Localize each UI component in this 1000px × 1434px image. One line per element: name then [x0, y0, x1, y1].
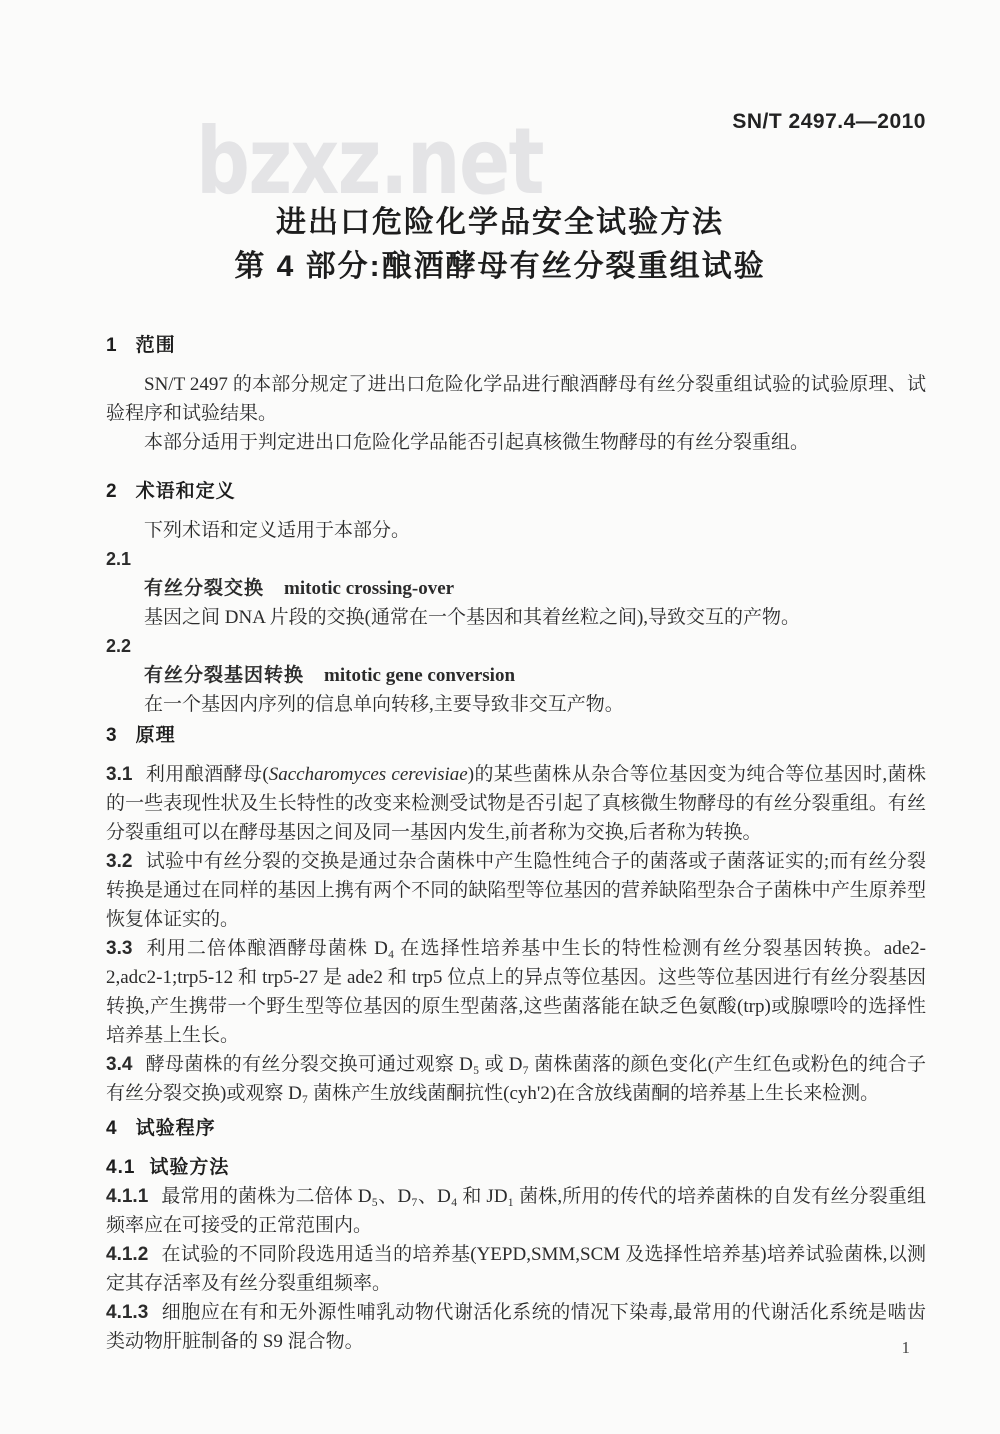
clause-4-1-1-text: 最常用的菌株为二倍体 D₅、D₇、D₄ 和 JD₁ 菌株,所用的传代的培养菌株的…	[106, 1186, 926, 1236]
clause-3-1: 3.1利用酿酒酵母(Saccharomyces cerevisiae)的某些菌株…	[106, 760, 926, 847]
clause-4-1-2-text: 在试验的不同阶段选用适当的培养基(YEPD,SMM,SCM 及选择性培养基)培养…	[106, 1244, 926, 1294]
section-1-number: 1	[106, 335, 118, 356]
document-title-line1: 进出口危险化学品安全试验方法	[0, 201, 1000, 245]
clause-4-1-1: 4.1.1最常用的菌株为二倍体 D₅、D₇、D₄ 和 JD₁ 菌株,所用的传代的…	[106, 1182, 926, 1240]
page-number: 1	[902, 1338, 911, 1358]
clause-4-1-3: 4.1.3细胞应在有和无外源性哺乳动物代谢活化系统的情况下染毒,最常用的代谢活化…	[106, 1298, 926, 1356]
section-1-title: 范围	[136, 335, 176, 356]
clause-3-1-number: 3.1	[106, 764, 132, 785]
section-3-number: 3	[106, 725, 118, 746]
clause-3-3-text: 利用二倍体酿酒酵母菌株 D₄ 在选择性培养基中生长的特性检测有丝分裂基因转换。a…	[106, 938, 926, 1046]
section-3-heading: 3原理	[106, 721, 926, 750]
section-4-heading: 4试验程序	[106, 1114, 926, 1143]
clause-3-2-number: 3.2	[106, 851, 132, 872]
scope-paragraph-2: 本部分适用于判定进出口危险化学品能否引起真核微生物酵母的有丝分裂重组。	[106, 428, 926, 457]
term-2-1-number: 2.1	[106, 545, 926, 574]
section-2-heading: 2术语和定义	[106, 477, 926, 506]
term-2-2-chinese: 有丝分裂基因转换	[144, 665, 304, 686]
species-name-italic: Saccharomyces cerevisiae	[269, 764, 468, 785]
clause-4-1-1-number: 4.1.1	[106, 1186, 148, 1207]
section-2-title: 术语和定义	[136, 481, 236, 502]
clause-4-1-2-number: 4.1.2	[106, 1244, 148, 1265]
section-4-number: 4	[106, 1118, 118, 1139]
subsection-4-1-heading: 4.1试验方法	[106, 1153, 926, 1182]
clause-3-3: 3.3利用二倍体酿酒酵母菌株 D₄ 在选择性培养基中生长的特性检测有丝分裂基因转…	[106, 934, 926, 1050]
clause-4-1-2: 4.1.2在试验的不同阶段选用适当的培养基(YEPD,SMM,SCM 及选择性培…	[106, 1240, 926, 1298]
term-2-2-english: mitotic gene conversion	[324, 665, 515, 686]
terms-intro: 下列术语和定义适用于本部分。	[106, 516, 926, 545]
clause-4-1-3-text: 细胞应在有和无外源性哺乳动物代谢活化系统的情况下染毒,最常用的代谢活化系统是啮齿…	[106, 1302, 926, 1352]
term-2-1-chinese: 有丝分裂交换	[144, 578, 264, 599]
document-title: 进出口危险化学品安全试验方法 第 4 部分:酿酒酵母有丝分裂重组试验	[0, 0, 1000, 289]
term-2-2-title: 有丝分裂基因转换mitotic gene conversion	[144, 661, 926, 690]
term-2-1-title: 有丝分裂交换mitotic crossing-over	[144, 574, 926, 603]
term-2-1-definition: 基因之间 DNA 片段的交换(通常在一个基因和其着丝粒之间),导致交互的产物。	[144, 603, 926, 632]
term-2-1-english: mitotic crossing-over	[284, 578, 454, 599]
section-4-title: 试验程序	[136, 1118, 216, 1139]
clause-3-4-text: 酵母菌株的有丝分裂交换可通过观察 D₅ 或 D₇ 菌株菌落的颜色变化(产生红色或…	[106, 1054, 926, 1104]
clause-4-1-3-number: 4.1.3	[106, 1302, 148, 1323]
clause-3-4-number: 3.4	[106, 1054, 132, 1075]
clause-3-2: 3.2试验中有丝分裂的交换是通过杂合菌株中产生隐性纯合子的菌落或子菌落证实的;而…	[106, 847, 926, 934]
section-2-number: 2	[106, 481, 118, 502]
clause-3-2-text: 试验中有丝分裂的交换是通过杂合菌株中产生隐性纯合子的菌落或子菌落证实的;而有丝分…	[106, 851, 926, 930]
term-2-2-number: 2.2	[106, 632, 926, 661]
subsection-4-1-number: 4.1	[106, 1157, 135, 1178]
scope-paragraph-1: SN/T 2497 的本部分规定了进出口危险化学品进行酿酒酵母有丝分裂重组试验的…	[106, 370, 926, 428]
section-1-heading: 1范围	[106, 331, 926, 360]
section-3-title: 原理	[136, 725, 176, 746]
document-body: 1范围 SN/T 2497 的本部分规定了进出口危险化学品进行酿酒酵母有丝分裂重…	[106, 331, 926, 1356]
clause-3-1-text-pre: 利用酿酒酵母(	[145, 764, 268, 785]
standard-number: SN/T 2497.4—2010	[732, 110, 926, 134]
clause-3-3-number: 3.3	[106, 938, 132, 959]
document-title-line2: 第 4 部分:酿酒酵母有丝分裂重组试验	[0, 245, 1000, 289]
clause-3-4: 3.4酵母菌株的有丝分裂交换可通过观察 D₅ 或 D₇ 菌株菌落的颜色变化(产生…	[106, 1050, 926, 1108]
subsection-4-1-title: 试验方法	[149, 1157, 229, 1178]
term-2-2-definition: 在一个基因内序列的信息单向转移,主要导致非交互产物。	[144, 690, 926, 719]
